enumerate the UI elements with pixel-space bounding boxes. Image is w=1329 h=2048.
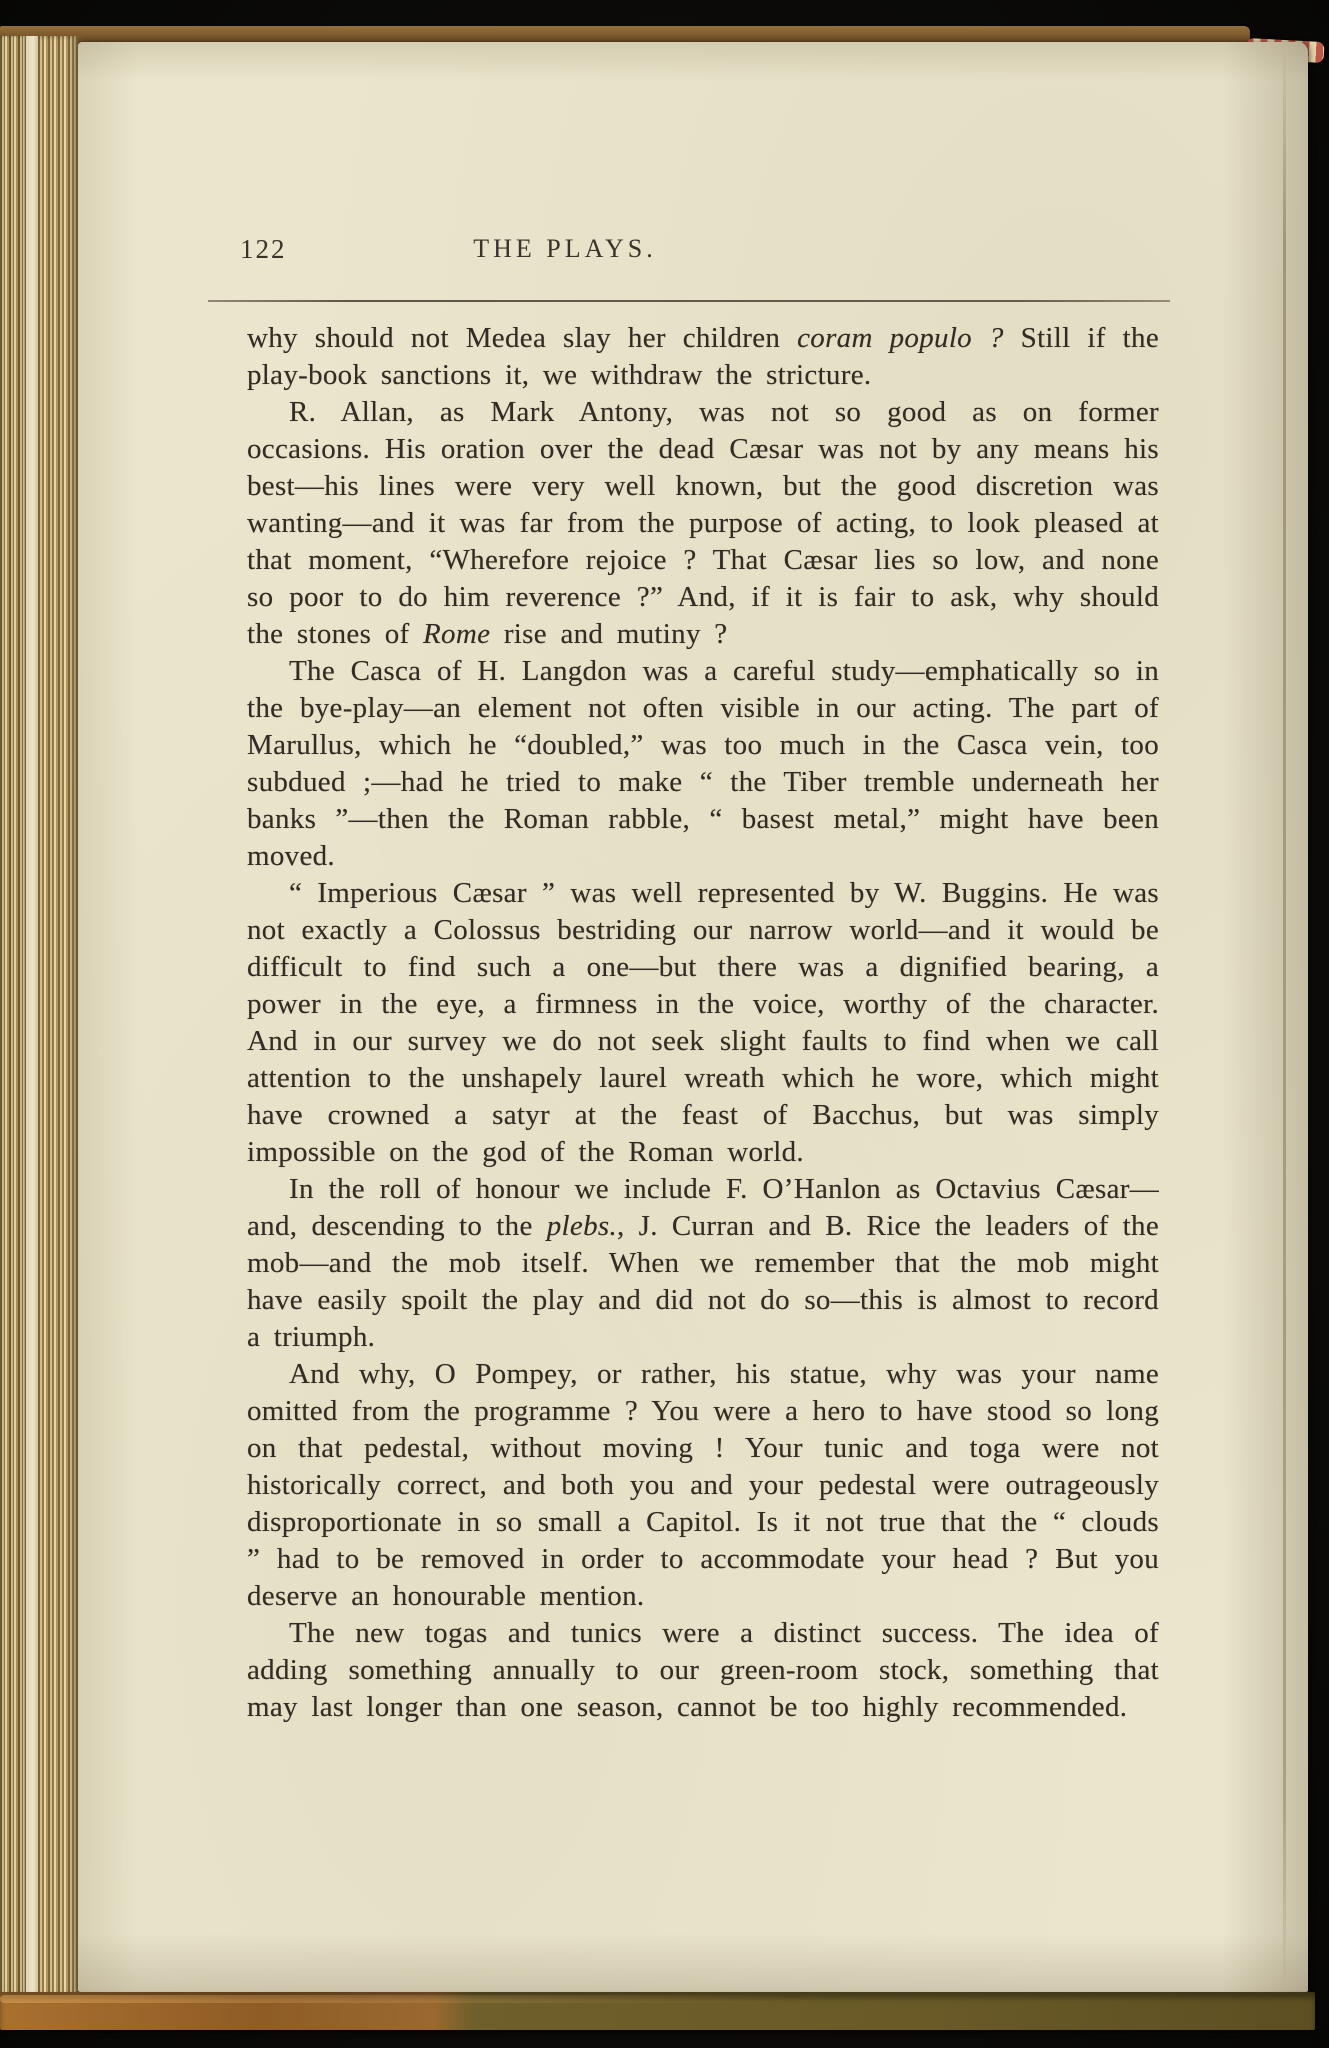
paragraph: In the roll of honour we include F. O’Ha… [247,1171,1159,1356]
header-rule [208,300,1170,302]
page-number: 122 [240,234,287,265]
paragraph: “ Imperious Cæsar ” was well represented… [247,875,1159,1171]
page-edges-gap [26,36,38,2008]
paragraph: why should not Medea slay her children c… [247,320,1159,394]
book-scan: 122 THE PLAYS. why should not Medea slay… [0,0,1329,2048]
paragraph: R. Allan, as Mark Antony, was not so goo… [247,394,1159,653]
gutter-crease [1283,42,1286,1992]
paragraph: The new togas and tunics were a distinct… [247,1615,1159,1726]
paragraph: The Casca of H. Langdon was a careful st… [247,653,1159,875]
book-page: 122 THE PLAYS. why should not Medea slay… [78,42,1308,1992]
body-text: why should not Medea slay her children c… [247,320,1159,1726]
page-edges-stripes-inner [38,36,78,2008]
page-header: 122 THE PLAYS. [78,234,1308,268]
page-stack-fore-edge [0,36,80,2008]
book-cover-bottom-edge [0,1992,1315,2030]
running-header: THE PLAYS. [473,234,657,264]
page-edges-stripes-outer [0,36,26,2008]
paragraph: And why, O Pompey, or rather, his statue… [247,1356,1159,1615]
